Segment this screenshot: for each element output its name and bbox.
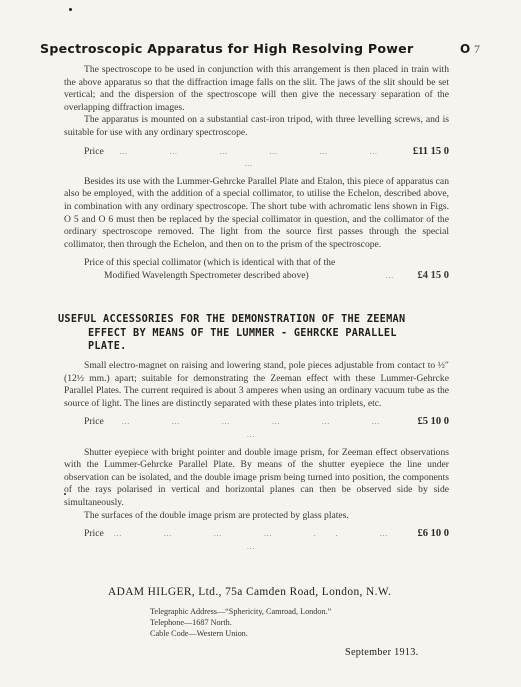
price-amount: £5 10 0 [418, 416, 450, 441]
publication-date: September 1913. [345, 647, 419, 658]
page-title: Spectroscopic Apparatus for High Resolvi… [40, 41, 413, 56]
paragraph: Besides its use with the Lummer-Gehrcke … [64, 176, 449, 252]
price-row: Price … … … … .. … … £6 10 0 [64, 528, 449, 553]
section-zeeman: Small electro-magnet on raising and lowe… [64, 360, 449, 558]
price-row: Price … … … … … … … £11 15 0 [64, 146, 449, 171]
contact-info: Telegraphic Address—“Sphericity, Camroad… [150, 606, 331, 639]
section-apparatus: The spectroscope to be used in conjuncti… [64, 64, 449, 283]
print-speck [69, 8, 72, 11]
price-row: Price … … … … … … … £5 10 0 [64, 416, 449, 441]
paragraph: Small electro-magnet on raising and lowe… [64, 360, 449, 410]
price-amount: £6 10 0 [418, 528, 450, 553]
page-number: O 7 [460, 42, 480, 57]
paragraph: The apparatus is mounted on a substantia… [64, 114, 449, 139]
collimator-price: Price of this special collimator (which … [64, 257, 449, 282]
price-amount: £4 15 0 [418, 270, 450, 283]
section-heading: USEFUL ACCESSORIES FOR THE DEMONSTRATION… [58, 313, 453, 354]
paragraph: Shutter eyepiece with bright pointer and… [64, 447, 449, 510]
paragraph: The spectroscope to be used in conjuncti… [64, 64, 449, 114]
paragraph: The surfaces of the double image prism a… [64, 510, 449, 523]
firm-address: ADAM HILGER, Ltd., 75a Camden Road, Lond… [108, 586, 391, 598]
page-header: Spectroscopic Apparatus for High Resolvi… [40, 41, 480, 57]
price-amount: £11 15 0 [413, 146, 449, 171]
